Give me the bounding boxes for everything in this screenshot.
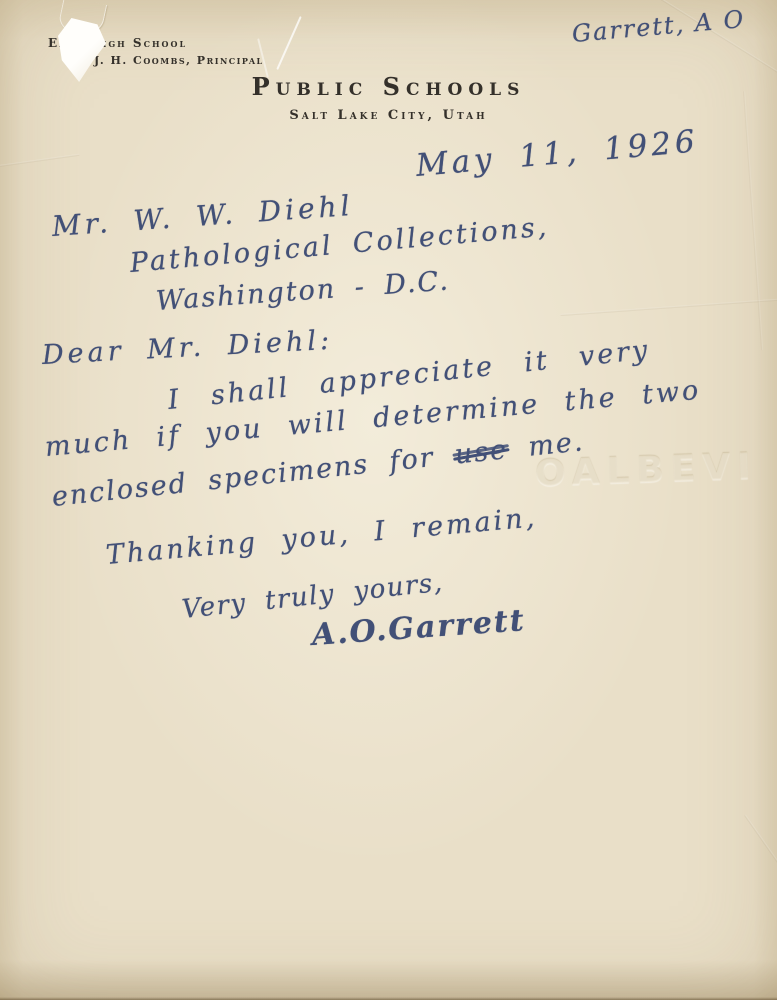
body-line-3-end: me. [527, 426, 586, 463]
scanned-letter-page: { "letterhead": { "school": "East High S… [0, 0, 777, 1000]
letterhead-principal: J. H. Coombs, Principal [94, 54, 264, 67]
letterhead-location: Salt Lake City, Utah [0, 108, 777, 123]
letterhead-organization: Public Schools [0, 72, 777, 101]
struck-out-word: use [453, 434, 509, 470]
